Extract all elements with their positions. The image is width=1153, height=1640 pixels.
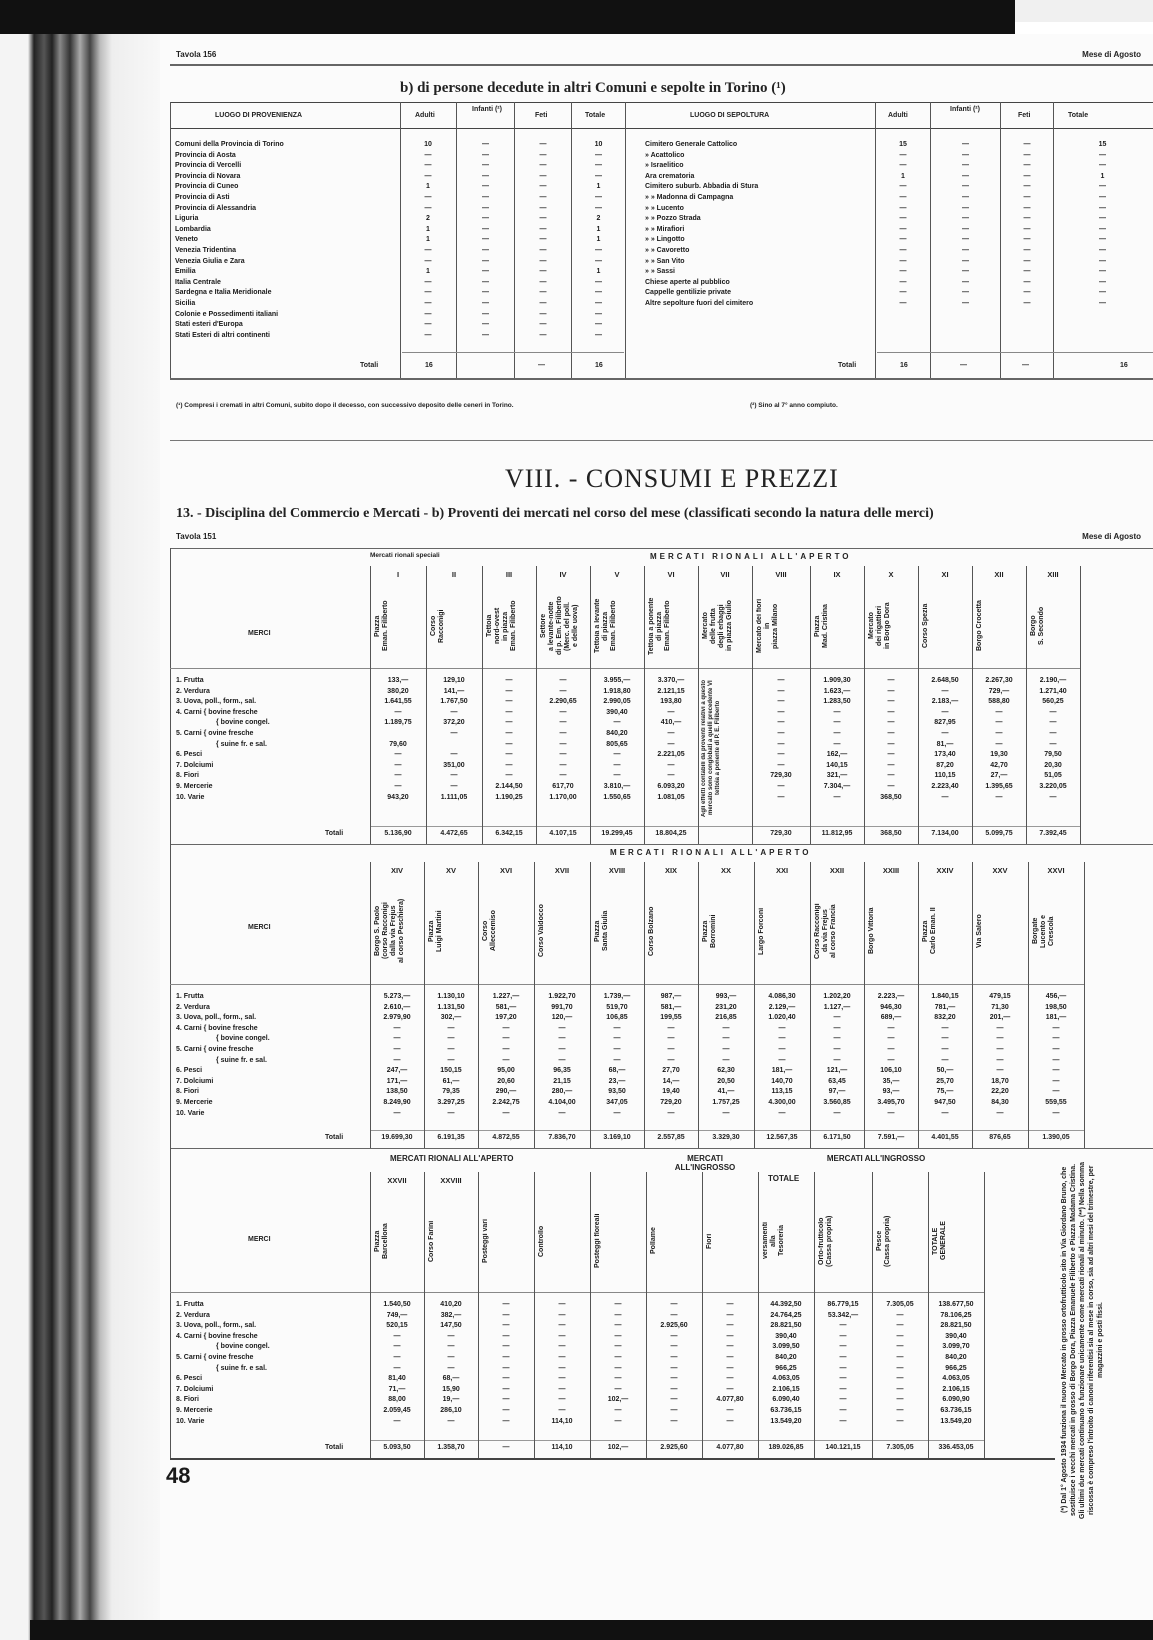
table-cell: 113,15 (754, 1087, 810, 1098)
column-rule (698, 566, 699, 844)
table-cell: 81,— (918, 740, 972, 751)
merce-label: 6. Pesci (176, 750, 366, 761)
table-cell: 4.077,80 (702, 1395, 758, 1406)
column-market-name: Posteggi floreali (594, 1196, 642, 1286)
header-infanti: Infanti (²) (470, 106, 504, 113)
table-cell: — (702, 1364, 758, 1375)
table-cell: — (1055, 267, 1150, 278)
table-cell: — (872, 1364, 928, 1375)
column-number: XIV (370, 866, 424, 875)
table-cell: — (590, 1300, 646, 1311)
table-cell: 280,— (534, 1087, 590, 1098)
table-cell: — (573, 204, 624, 215)
market-column-values: ——2.925,60————————— (646, 1300, 702, 1427)
table-cell: — (590, 1321, 646, 1332)
table-cell: — (918, 687, 972, 698)
table-cell: 2.242,75 (478, 1098, 534, 1109)
table-cell: 44.392,50 (758, 1300, 814, 1311)
table-cell: — (516, 278, 570, 289)
table-cell: 3.099,50 (758, 1342, 814, 1353)
table-cell: — (864, 687, 918, 698)
table-cell: — (864, 1109, 918, 1120)
list-item: Venezia Tridentina (175, 246, 397, 257)
month-label-b: Mese di Agosto (1082, 532, 1141, 541)
table-cell: 2.223,— (864, 992, 918, 1003)
market-column-values: 1.922,70991,70120,—————96,3521,15280,—4.… (534, 992, 590, 1119)
table-cell: 286,10 (424, 1406, 478, 1417)
table-cell: 18,70 (972, 1077, 1028, 1088)
table-cell: — (590, 1311, 646, 1322)
table-bottom-rule (170, 1458, 1055, 1460)
table-cell: — (1055, 257, 1150, 268)
merci-labels: 1. Frutta2. Verdura3. Uova, poll., form.… (176, 992, 366, 1119)
table-cell: — (1055, 246, 1150, 257)
column-market-name: Mercato dei fiori in piazza Milano (756, 590, 806, 662)
table-cell: 1.909,30 (810, 676, 864, 687)
list-item: » » Madonna di Campagna (645, 193, 873, 204)
market-column-values: 44.392,5024.764,2528.821,50390,403.099,5… (758, 1300, 814, 1427)
column-market-name: Via Salero (976, 884, 1024, 978)
table-cell: — (810, 718, 864, 729)
merce-label: 10. Varie (176, 1109, 366, 1120)
column-market-name: Corso Racconigi (430, 590, 478, 662)
column-market-name: Corso Racconigi da via Frejus al corso F… (814, 884, 860, 978)
table-cell: — (458, 246, 513, 257)
table-cell: — (646, 1353, 702, 1364)
provenienza-totale-col: 10———1——211——1—————— (573, 140, 624, 341)
column-rule (984, 1172, 985, 1458)
table-cell: 3.560,85 (810, 1098, 864, 1109)
market-column-values: 133,—380,201.641,55—1.189,7579,60————943… (370, 676, 426, 803)
column-rule (1080, 566, 1081, 844)
list-item: Colonie e Possedimenti italiani (175, 310, 397, 321)
table-cell: — (872, 1374, 928, 1385)
table-cell: 479,15 (972, 992, 1028, 1003)
merci-header: MERCI (248, 924, 271, 931)
list-item: » Israelitico (645, 161, 873, 172)
table-cell: — (536, 729, 590, 740)
column-number: XII (972, 570, 1026, 579)
table-cell: 68,— (590, 1066, 644, 1077)
list-item: Chiese aperte al pubblico (645, 278, 873, 289)
table-cell: — (814, 1332, 872, 1343)
table-cell: — (932, 204, 999, 215)
merce-label: { bovine congel. (176, 1034, 366, 1045)
table-cell: 1 (402, 235, 454, 246)
table-cell: 1.550,65 (590, 793, 644, 804)
column-market-name: Fiori (706, 1196, 754, 1286)
market-column-values: 2.267,30729,—588,80————19,3042,7027,—1.3… (972, 676, 1026, 803)
market-column-values: 1.909,301.623,—1.283,50————162,—140,1532… (810, 676, 864, 803)
table-cell: — (536, 687, 590, 698)
footnote-2: (²) Sino al 7° anno compiuto. (750, 402, 838, 409)
column-total: 189.026,85 (758, 1444, 814, 1451)
table-cell: — (644, 1024, 698, 1035)
group-header-open: MERCATI RIONALI ALL'APERTO (610, 848, 812, 857)
table-cell: — (516, 310, 570, 321)
table-cell: 729,— (972, 687, 1026, 698)
provenienza-totali-adulti: 16 (425, 362, 433, 369)
table-cell: 79,60 (370, 740, 426, 751)
table-cell: — (370, 750, 426, 761)
table-cell: 28.821,50 (758, 1321, 814, 1332)
table-cell: — (972, 708, 1026, 719)
merce-label: 4. Carni { bovine fresche (176, 708, 366, 719)
column-total: 3.169,10 (590, 1134, 644, 1141)
table-cell: 181,— (1028, 1013, 1084, 1024)
table-cell: — (370, 1109, 424, 1120)
market-column-values: 987,—581,—199,55————27,7014,—19,40729,20… (644, 992, 698, 1119)
table-cell: 1.271,40 (1026, 687, 1080, 698)
table-cell: — (646, 1364, 702, 1375)
table-cell: — (702, 1374, 758, 1385)
column-number: XXIV (918, 866, 972, 875)
table-cell: — (426, 708, 482, 719)
group-header-open: MERCATI RIONALI ALL'APERTO (390, 1154, 514, 1163)
table-cell: — (1002, 225, 1052, 236)
table-cell: 1 (402, 225, 454, 236)
table-cell: — (754, 1034, 810, 1045)
list-item: » Acattolico (645, 151, 873, 162)
merce-label: 10. Varie (176, 1417, 366, 1428)
market-column-values: ———————————368,50 (864, 676, 918, 803)
table-cell: — (1055, 193, 1150, 204)
table-cell: — (478, 1417, 534, 1428)
table-cell: — (482, 708, 536, 719)
table-cell: 3.810,— (590, 782, 644, 793)
table-cell: — (752, 708, 810, 719)
column-number: XIII (1026, 570, 1080, 579)
table-cell: — (877, 267, 929, 278)
table-cell: — (1055, 235, 1150, 246)
table-cell: — (370, 1056, 424, 1067)
table-cell: — (644, 1109, 698, 1120)
header-bottom-rule (170, 1292, 984, 1293)
column-total: 6.342,15 (482, 830, 536, 837)
table-cell: — (534, 1353, 590, 1364)
column-total: 140.121,15 (814, 1444, 872, 1451)
table-cell: — (752, 718, 810, 729)
table-cell: — (590, 1332, 646, 1343)
table-cell: 93,50 (590, 1087, 644, 1098)
column-rule (1084, 862, 1085, 1148)
table-cell: — (534, 1311, 590, 1322)
header-infanti-r: Infanti (²) (945, 106, 985, 113)
table-cell: 1.111,05 (426, 793, 482, 804)
table-cell: — (478, 1364, 534, 1375)
table-cell: 2.267,30 (972, 676, 1026, 687)
merce-label: 7. Dolciumi (176, 761, 366, 772)
table-cell: 10 (402, 140, 454, 151)
table-cell: — (534, 1045, 590, 1056)
column-number: XI (918, 570, 972, 579)
table-cell: — (402, 193, 454, 204)
market-column-values: —————————729,30—— (752, 676, 810, 803)
column-number: XXIII (864, 866, 918, 875)
list-item: Venezia Giulia e Zara (175, 257, 397, 268)
table-cell: 197,20 (478, 1013, 534, 1024)
table-cell: — (1055, 288, 1150, 299)
table-cell: 1 (402, 182, 454, 193)
table-cell: — (1026, 708, 1080, 719)
block-left-rule (170, 548, 171, 844)
table-cell: — (814, 1374, 872, 1385)
table-cell: — (918, 729, 972, 740)
table-cell: 106,10 (864, 1066, 918, 1077)
table-cell: — (590, 1406, 646, 1417)
merce-label: 6. Pesci (176, 1374, 366, 1385)
table-cell: — (1002, 140, 1052, 151)
table-cell: — (644, 1045, 698, 1056)
table-cell: — (646, 1385, 702, 1396)
table-cell: 290,— (478, 1087, 534, 1098)
table-cell: — (932, 193, 999, 204)
block-left-rule (170, 1148, 171, 1458)
table-cell: — (1055, 225, 1150, 236)
table-cell: 390,40 (928, 1332, 984, 1343)
column-total: 4.077,80 (702, 1444, 758, 1451)
table-cell: 410,— (644, 718, 698, 729)
table-cell: 13.549,20 (758, 1417, 814, 1428)
table-cell: — (932, 235, 999, 246)
list-item: Sicilia (175, 299, 397, 310)
merce-label: 5. Carni { ovine fresche (176, 729, 366, 740)
table-cell: — (872, 1332, 928, 1343)
table-cell: — (752, 782, 810, 793)
table-cell: — (872, 1321, 928, 1332)
table-cell: — (698, 1024, 754, 1035)
table-cell: 4.063,05 (928, 1374, 984, 1385)
column-market-name: Mercato dei rigattieri in Borgo Dora (868, 590, 914, 662)
list-item: Sardegna e Italia Meridionale (175, 288, 397, 299)
merce-label: 1. Frutta (176, 992, 366, 1003)
column-total: 876,65 (972, 1134, 1028, 1141)
table-cell: — (646, 1342, 702, 1353)
table-cell: 410,20 (424, 1300, 478, 1311)
column-market-name: versamenti alla Tesoreria (762, 1196, 810, 1286)
table-cell: — (402, 331, 454, 342)
table-cell: — (702, 1342, 758, 1353)
list-item: Cimitero Generale Cattolico (645, 140, 873, 151)
table-cell: — (877, 257, 929, 268)
list-item: Liguria (175, 214, 397, 225)
table-cell: — (646, 1332, 702, 1343)
table-cell: — (516, 288, 570, 299)
table-cell: — (426, 782, 482, 793)
table-cell (426, 740, 482, 751)
table-cell: 347,05 (590, 1098, 644, 1109)
market-column-values: 5.273,—2.610,—2.979,90————247,—171,—138,… (370, 992, 424, 1119)
column-number: XXVII (370, 1176, 424, 1185)
table-cell: 4.104,00 (534, 1098, 590, 1109)
table-cell: 5.273,— (370, 992, 424, 1003)
column-market-name: Pesce (Cassa propria) (876, 1196, 924, 1286)
table-cell: 1.283,50 (810, 697, 864, 708)
table-cell: 1.131,50 (424, 1003, 478, 1014)
table-cell: — (752, 793, 810, 804)
table-cell: — (458, 140, 513, 151)
table-cell: — (590, 1109, 644, 1120)
table-cell: — (1028, 1024, 1084, 1035)
table-cell: — (646, 1406, 702, 1417)
table-cell: 581,— (478, 1003, 534, 1014)
table-cell: 987,— (644, 992, 698, 1003)
market-column-values: 1.840,15781,—832,20————50,—25,7075,—947,… (918, 992, 972, 1119)
table-cell: — (402, 151, 454, 162)
table-cell: — (972, 1045, 1028, 1056)
table-cell: 3.955,— (590, 676, 644, 687)
merce-label: { bovine congel. (176, 718, 366, 729)
table-cell: — (1002, 182, 1052, 193)
table-cell: — (424, 1364, 478, 1375)
table-cell: — (698, 1045, 754, 1056)
market-column-values: 1.130,101.131,50302,—————150,1561,—79,35… (424, 992, 478, 1119)
table-cell: — (590, 1024, 644, 1035)
month-label-a: Mese di Agosto (1082, 50, 1141, 59)
table-cell: — (702, 1321, 758, 1332)
table-cell: 2.144,50 (482, 782, 536, 793)
table-cell: — (370, 1417, 424, 1428)
table-cell: — (872, 1417, 928, 1428)
table-cell: — (402, 257, 454, 268)
totals-rule (370, 826, 1080, 827)
table-cell: 2.059,45 (370, 1406, 424, 1417)
table-cell: 78.106,25 (928, 1311, 984, 1322)
table-cell: 19,— (424, 1395, 478, 1406)
column-total: 7.134,00 (918, 830, 972, 837)
market-column-values: 2.223,—946,30689,—————106,1035,—93,—3.49… (864, 992, 918, 1119)
table-cell: — (402, 299, 454, 310)
table-cell: 1 (402, 267, 454, 278)
table-cell: 22,20 (972, 1087, 1028, 1098)
table-cell: — (534, 1332, 590, 1343)
table-cell: — (1026, 793, 1080, 804)
column-total: 19.699,30 (370, 1134, 424, 1141)
table-cell: 2.221,05 (644, 750, 698, 761)
column-total: 102,— (590, 1444, 646, 1451)
column-number: XIX (644, 866, 698, 875)
table-cell: — (370, 1332, 424, 1343)
market-column-values: 479,1571,30201,——————18,7022,2084,30— (972, 992, 1028, 1119)
column-market-name: Pollame (650, 1196, 698, 1286)
table-cell: — (1028, 1087, 1084, 1098)
table-cell: — (932, 214, 999, 225)
table-cell: — (516, 235, 570, 246)
table-cell: 4.063,05 (758, 1374, 814, 1385)
table-cell: 1 (573, 182, 624, 193)
totali-label: Totali (325, 1134, 343, 1141)
table-cell: 3.495,70 (864, 1098, 918, 1109)
table-cell: — (573, 288, 624, 299)
column-market-name: Mercato delle frutta degli erbaggi in pi… (702, 590, 748, 662)
table-cell: — (877, 246, 929, 257)
table-cell: — (972, 1034, 1028, 1045)
table-cell: 3.370,— (644, 676, 698, 687)
table-cell: — (458, 331, 513, 342)
table-cell: 79,50 (1026, 750, 1080, 761)
column-market-name: Settore a levante-notte di p. Em. Filibe… (540, 590, 586, 662)
table-cell: — (478, 1406, 534, 1417)
table-cell: — (644, 1034, 698, 1045)
column-number: X (864, 570, 918, 579)
table-cell: — (702, 1417, 758, 1428)
table-cell: — (424, 1056, 478, 1067)
table-cell: — (536, 740, 590, 751)
table-cell: — (754, 1109, 810, 1120)
table-cell: — (644, 708, 698, 719)
table-cell: — (458, 310, 513, 321)
table-cell: 8.249,90 (370, 1098, 424, 1109)
table-cell: 181,— (754, 1066, 810, 1077)
table-cell: 390,40 (590, 708, 644, 719)
table-cell: — (590, 750, 644, 761)
table-cell: — (644, 740, 698, 751)
table-cell: — (864, 761, 918, 772)
table-cell: — (872, 1406, 928, 1417)
table-cell: — (864, 740, 918, 751)
table-cell: 28.821,50 (928, 1321, 984, 1332)
table-cell: 86.779,15 (814, 1300, 872, 1311)
table-cell: — (478, 1034, 534, 1045)
table-cell: 1.081,05 (644, 793, 698, 804)
column-total: 18.804,25 (644, 830, 698, 837)
column-market-name: Piazza Luigi Martini (428, 884, 474, 978)
scan-border-top (0, 0, 1015, 34)
table-cell: 15,90 (424, 1385, 478, 1396)
table-cell: 2.129,— (754, 1003, 810, 1014)
sepoltura-totale-col: 15——1———————————— (1055, 140, 1150, 310)
table-cell: 1.395,65 (972, 782, 1026, 793)
table-cell: 617,70 (536, 782, 590, 793)
list-item: Provincia di Alessandria (175, 204, 397, 215)
table-cell: — (402, 161, 454, 172)
table-cell: — (702, 1385, 758, 1396)
provenienza-adulti-col: 10———1——211——1—————— (402, 140, 454, 341)
table-cell: — (478, 1321, 534, 1332)
table-cell: — (932, 257, 999, 268)
column-number: XVI (478, 866, 534, 875)
column-number: XXVI (1028, 866, 1084, 875)
table-cell: — (402, 320, 454, 331)
table-cell: — (932, 278, 999, 289)
table-cell: — (516, 257, 570, 268)
table-cell: — (590, 1385, 646, 1396)
table-cell: — (1002, 151, 1052, 162)
table-cell: — (482, 761, 536, 772)
table-cell: — (814, 1364, 872, 1375)
scan-border-top-right (1015, 0, 1153, 22)
table-cell: — (573, 172, 624, 183)
table-cell: — (573, 310, 624, 321)
sepoltura-adulti-col: 15——1———————————— (877, 140, 929, 310)
table-cell: — (458, 235, 513, 246)
market-column-values: 993,—231,20216,85————62,3020,5041,—1.757… (698, 992, 754, 1119)
table-cell: — (573, 278, 624, 289)
column-market-name: Controllo (538, 1196, 586, 1286)
merce-label: 2. Verdura (176, 687, 366, 698)
table-cell: — (424, 1024, 478, 1035)
table-cell: — (590, 1045, 644, 1056)
column-number: XV (424, 866, 478, 875)
table-cell: — (646, 1395, 702, 1406)
group-header-open: MERCATI RIONALI ALL'APERTO (650, 552, 852, 561)
table-cell: — (877, 278, 929, 289)
table-cell: — (814, 1395, 872, 1406)
table-cell: — (424, 1353, 478, 1364)
table-cell: 75,— (918, 1087, 972, 1098)
list-item: Altre sepolture fuori del cimitero (645, 299, 873, 310)
table-cell: — (424, 1034, 478, 1045)
